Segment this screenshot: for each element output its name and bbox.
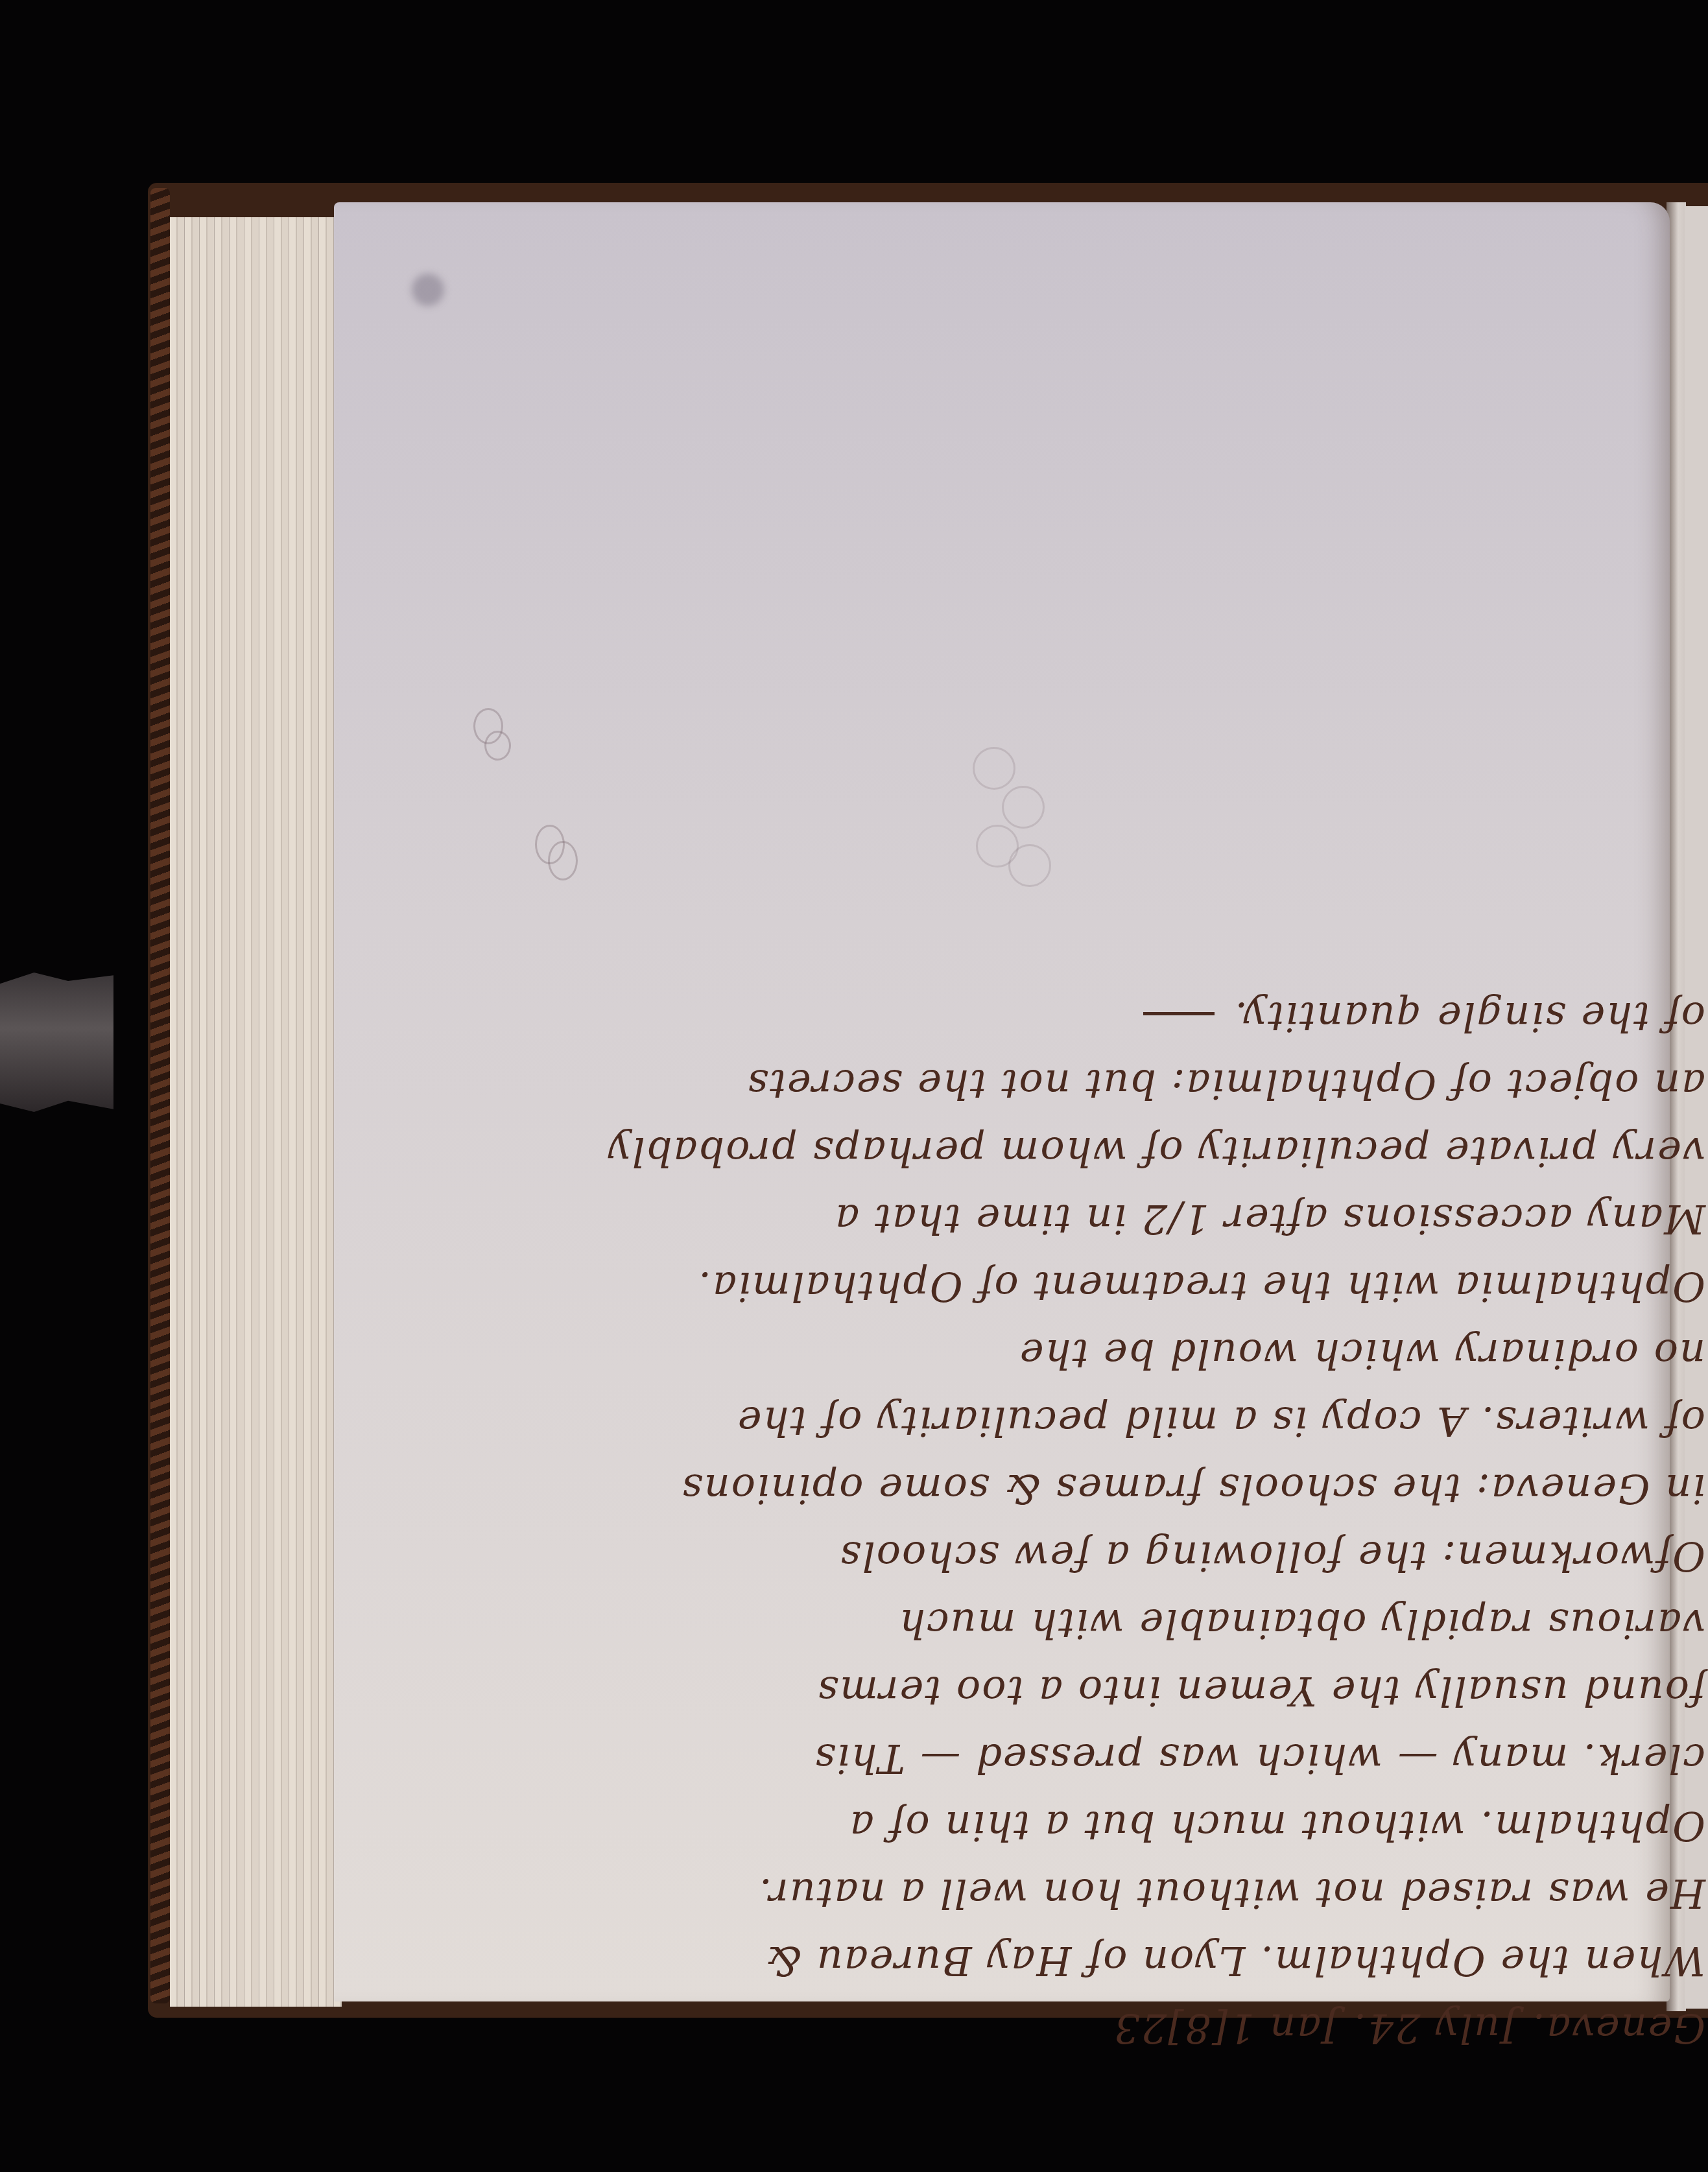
manuscript-line: Ophthalmia with the treatment of Ophthal… (506, 1253, 1705, 1320)
manuscript-line-text: of the single quantity. (1234, 993, 1705, 1041)
manuscript-line: clerk. many — which was pressed — This (506, 1725, 1705, 1792)
ring-stain (484, 731, 511, 761)
ring-stain (973, 747, 1015, 790)
manuscript-line: of writers. A copy is a mild peculiarity… (506, 1387, 1705, 1455)
manuscript-line: an object of Ophthalmia: but not the sec… (506, 1050, 1705, 1118)
manuscript-line: of the single quantity. (506, 983, 1705, 1050)
manuscript-line: He was raised not without hon well a nat… (506, 1859, 1705, 1927)
manuscript-line: found usually the Yemen into a too terms (506, 1657, 1705, 1725)
ring-stain (1008, 844, 1051, 887)
manuscript-line: Many accessions after 1/2 in time that a (506, 1185, 1705, 1253)
manuscript-line: Geneva. July 24. Jan 1[8]23 (506, 1994, 1705, 2062)
ring-stain (548, 841, 578, 880)
tooled-cover-border (150, 188, 170, 2003)
handwritten-text-block: Geneva. July 24. Jan 1[8]23 When the Oph… (506, 973, 1705, 2062)
closing-dash (1143, 1012, 1215, 1015)
ink-blot (412, 274, 444, 306)
manuscript-line: When the Ophthalm. Lyon of Hay Bureau & (506, 1927, 1705, 1994)
ring-stain (1002, 786, 1045, 829)
metal-clasp (0, 973, 113, 1112)
manuscript-line: in Geneva: the schools frames & some opi… (506, 1455, 1705, 1522)
manuscript-line: Ophthalm. without much but a thin of a (506, 1792, 1705, 1859)
manuscript-line: various rapidly obtainable with much (506, 1590, 1705, 1657)
manuscript-line: Ofworkmen: the following a few schools (506, 1522, 1705, 1590)
manuscript-line: no ordinary which would be the (506, 1320, 1705, 1387)
manuscript-line: very private peculiarity of whom perhaps… (506, 1118, 1705, 1185)
page-stack-edge (170, 217, 342, 2007)
